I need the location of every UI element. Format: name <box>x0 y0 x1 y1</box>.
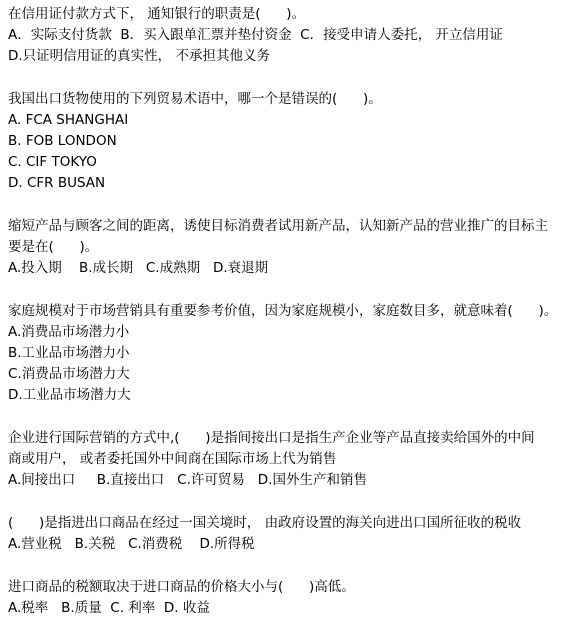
blank-line <box>8 279 567 301</box>
question-4: 家庭规模对于市场营销具有重要参考价值，因为家庭规模小，家庭数目多，就意味着( )… <box>8 301 567 406</box>
question-4-stem: 家庭规模对于市场营销具有重要参考价值，因为家庭规模小，家庭数目多，就意味着( )… <box>8 301 567 322</box>
question-4-option-a: A.消费品市场潜力小 <box>8 322 567 343</box>
blank-line <box>8 555 567 577</box>
question-4-option-b: B.工业品市场潜力小 <box>8 343 567 364</box>
question-2-option-b: B. FOB LONDON <box>8 131 567 152</box>
question-5-stem-line-2: 商或用户， 或者委托国外中间商在国际市场上代为销售 <box>8 449 567 470</box>
question-6-stem: ( )是指进出口商品在经过一国关境时， 由政府设置的海关向进出口国所征收的税收 <box>8 513 567 534</box>
blank-line <box>8 67 567 89</box>
question-6: ( )是指进出口商品在经过一国关境时， 由政府设置的海关向进出口国所征收的税收 … <box>8 513 567 555</box>
question-3-stem-line-1: 缩短产品与顾客之间的距离，诱使目标消费者试用新产品，认知新产品的营业推广的目标主 <box>8 216 567 237</box>
question-7: 进口商品的税额取决于进口商品的价格大小与( )高低。 A.税率 B.质量 C. … <box>8 577 567 619</box>
exam-document-page: 在信用证付款方式下， 通知银行的职责是( )。 A．实际支付货款 B．买入跟单汇… <box>0 0 569 623</box>
question-5-options: A.间接出口 B.直接出口 C.许可贸易 D.国外生产和销售 <box>8 470 567 491</box>
question-7-options: A.税率 B.质量 C. 利率 D. 收益 <box>8 598 567 619</box>
question-2-option-c: C. CIF TOKYO <box>8 152 567 173</box>
question-3-stem-line-2: 要是在( )。 <box>8 237 567 258</box>
question-4-option-c: C.消费品市场潜力大 <box>8 364 567 385</box>
blank-line <box>8 406 567 428</box>
question-5: 企业进行国际营销的方式中,( )是指间接出口是指生产企业等产品直接卖给国外的中间… <box>8 428 567 491</box>
blank-line <box>8 491 567 513</box>
question-2-option-d: D. CFR BUSAN <box>8 173 567 194</box>
question-1: 在信用证付款方式下， 通知银行的职责是( )。 A．实际支付货款 B．买入跟单汇… <box>8 4 567 67</box>
blank-line <box>8 194 567 216</box>
question-1-stem: 在信用证付款方式下， 通知银行的职责是( )。 <box>8 4 567 25</box>
question-6-options: A.营业税 B.关税 C.消费税 D.所得税 <box>8 534 567 555</box>
question-2: 我国出口货物使用的下列贸易术语中，哪一个是错误的( )。 A. FCA SHAN… <box>8 89 567 194</box>
question-3: 缩短产品与顾客之间的距离，诱使目标消费者试用新产品，认知新产品的营业推广的目标主… <box>8 216 567 279</box>
question-1-option-d: D.只证明信用证的真实性， 不承担其他义务 <box>8 46 567 67</box>
question-5-stem-line-1: 企业进行国际营销的方式中,( )是指间接出口是指生产企业等产品直接卖给国外的中间 <box>8 428 567 449</box>
question-1-options-a-b-c: A．实际支付货款 B．买入跟单汇票并垫付资金 C．接受申请人委托， 开立信用证 <box>8 25 567 46</box>
question-2-option-a: A. FCA SHANGHAI <box>8 110 567 131</box>
question-7-stem: 进口商品的税额取决于进口商品的价格大小与( )高低。 <box>8 577 567 598</box>
question-3-options: A.投入期 B.成长期 C.成熟期 D.衰退期 <box>8 258 567 279</box>
question-2-stem: 我国出口货物使用的下列贸易术语中，哪一个是错误的( )。 <box>8 89 567 110</box>
question-4-option-d: D.工业品市场潜力大 <box>8 385 567 406</box>
